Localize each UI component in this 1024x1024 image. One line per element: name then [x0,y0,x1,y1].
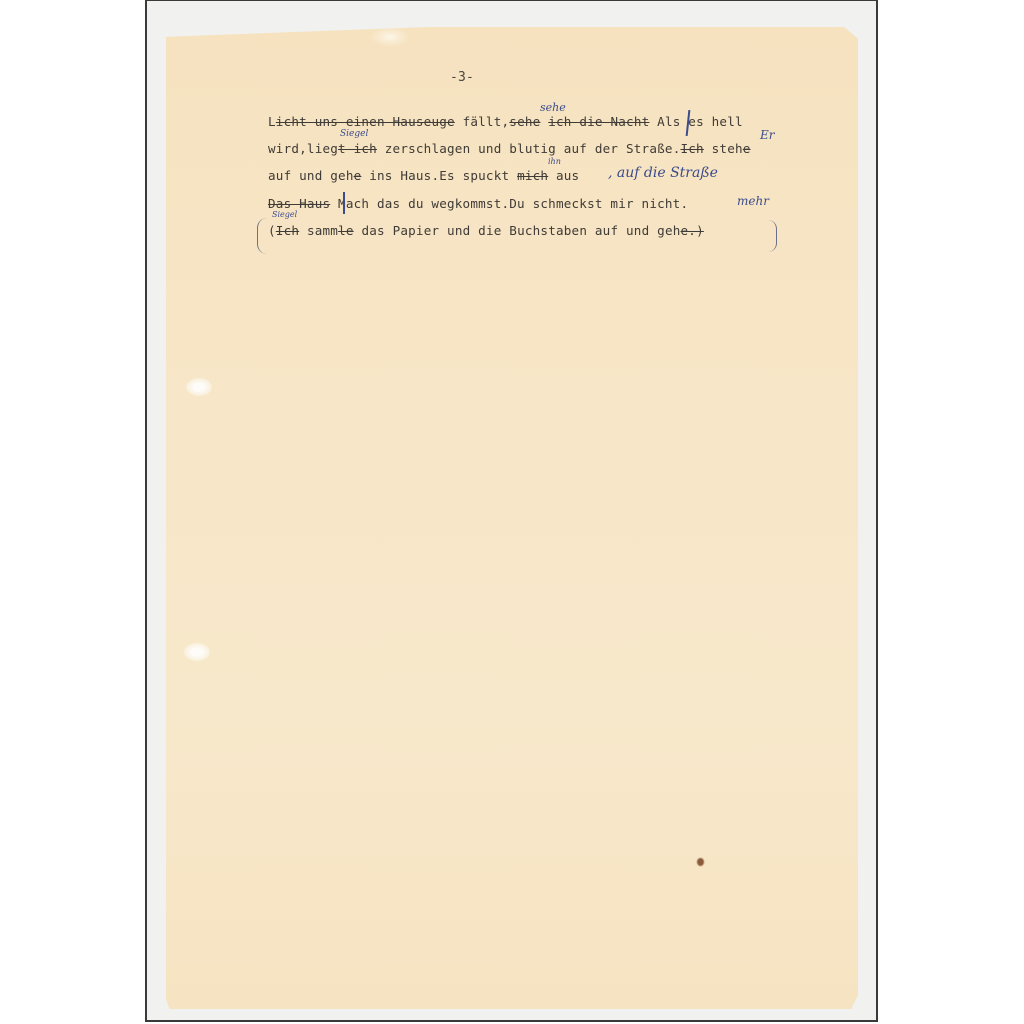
ink-parenthesis-left [257,218,268,254]
typed-text: steh [704,141,743,156]
typed-text: aus [548,168,579,183]
text-line-4: Das Haus Mach das du wegkommst.Du schmec… [268,196,688,211]
stain-spot [697,858,704,866]
ink-note-auf-die-strasse: , auf die Straße [608,165,718,181]
struck-text: Ich [680,141,703,156]
struck-text: Ich [276,223,299,238]
ink-note-sehe: sehe [540,101,566,114]
punch-hole-lower [184,643,210,661]
typed-text: ( [268,223,276,238]
typed-text: zerschlagen und blutig auf der Straße. [377,141,681,156]
typed-text: ins Haus.Es spuckt [361,168,517,183]
typed-text: samm [299,223,338,238]
struck-text: e.) [681,223,704,238]
text-line-3: auf und gehe ins Haus.Es spuckt mich aus [268,168,579,183]
text-line-1: Licht uns einen Hauseuge fällt,sehe ich … [268,114,743,129]
struck-text: le [338,223,354,238]
struck-text: e [743,141,751,156]
typed-text: Mach das du wegkommst.Du schmeckst mir n… [330,196,688,211]
struck-text: sehe [509,114,540,129]
struck-text: t ich [338,141,377,156]
typed-text: L [268,114,276,129]
ink-parenthesis-right [768,220,777,252]
typed-text: Als es hell [649,114,742,129]
typed-text: wird,lieg [268,141,338,156]
typed-text: auf und geh [268,168,354,183]
text-line-2: wird,liegt ich zerschlagen und blutig au… [268,141,751,156]
ink-note-ihn: ihn [548,157,561,166]
typed-text: das Papier und die Buchstaben auf und ge… [354,223,681,238]
ink-note-above-line2: Siegel [340,129,368,139]
ink-note-er: Er [760,128,775,142]
page-number: -3- [450,70,474,85]
struck-text: Das Haus [268,196,330,211]
struck-text: ich die Nacht [548,114,649,129]
text-line-5: (Ich sammle das Papier und die Buchstabe… [268,223,704,238]
struck-text: mich [517,168,548,183]
ink-note-above-line5: Siegel [272,210,297,219]
typed-text: fällt, [455,114,509,129]
ink-note-mehr: mehr [737,194,769,208]
struck-text: icht uns einen Hauseuge [276,114,455,129]
paper-crease [370,27,410,47]
punch-hole-upper [186,378,212,396]
ink-bracket-mark [343,192,345,214]
